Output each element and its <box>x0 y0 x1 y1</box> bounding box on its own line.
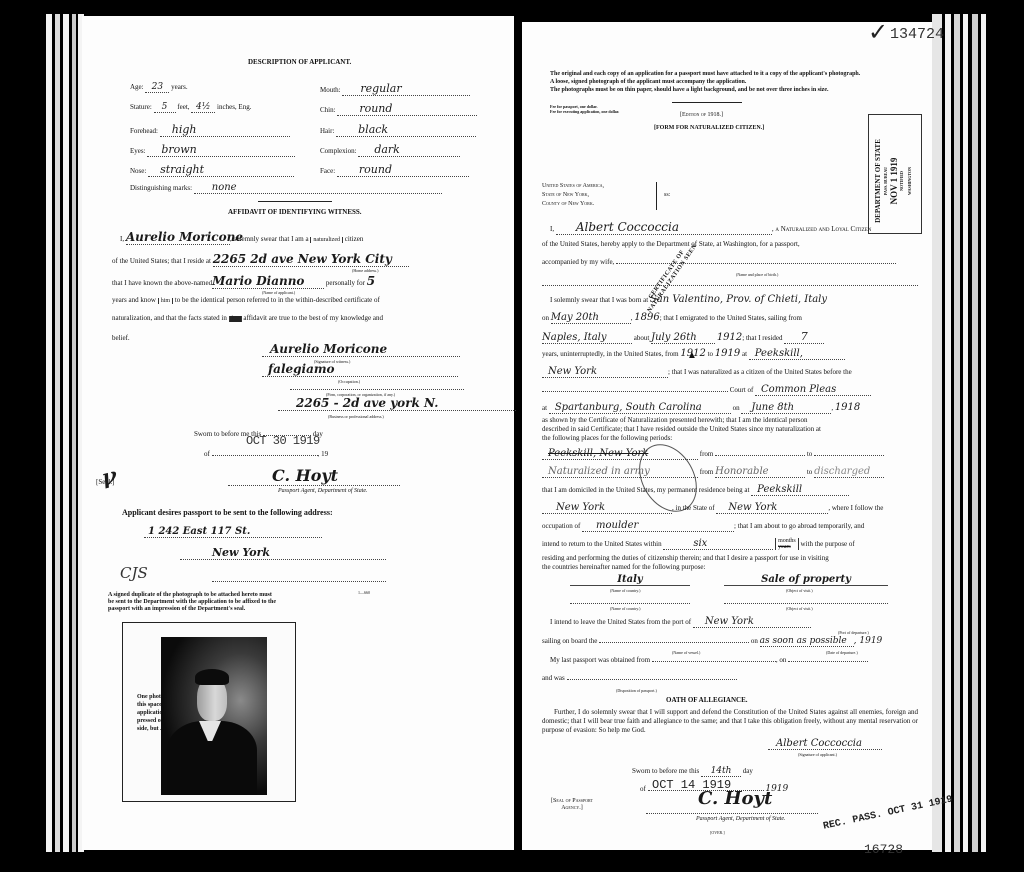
notice-line: A loose, signed photograph of the applic… <box>550 78 860 86</box>
business-address: 2265 - 2d ave york N. <box>278 396 516 411</box>
last-passport-from <box>652 661 776 662</box>
birth-line: I solemnly swear that I was born at San … <box>550 294 827 305</box>
disposition-line: and was <box>542 674 737 682</box>
initials-mark: CJS <box>120 564 148 582</box>
of-label: of <box>204 450 210 458</box>
sailing-text: sailing on board the <box>542 637 597 645</box>
applicant-name: Albert Coccoccia <box>556 220 772 235</box>
mouth-label: Mouth: <box>320 86 341 94</box>
citizen-type: naturalized <box>310 237 343 243</box>
certificate-text: as shown by the Certificate of Naturaliz… <box>542 416 821 443</box>
return-period: six <box>663 538 773 550</box>
citizenship-text: residing and performing the duties of ci… <box>542 554 829 572</box>
witness-name: Aurelio Moricone <box>126 230 230 245</box>
venue-ss: ss: <box>664 192 670 198</box>
agency-seal-label: [Seal of Passport Agency.] <box>542 798 602 812</box>
outside-place: Peekskill, New York <box>542 448 698 460</box>
firm-line <box>290 388 464 390</box>
resided-text: ; that I resided <box>742 334 782 342</box>
to-year: 1919 <box>715 348 740 359</box>
pronoun-struck: his <box>229 316 242 322</box>
outside-place: Naturalized in army <box>542 466 698 478</box>
residence: Peekskill, <box>749 348 845 360</box>
emigration-year: 1912 <box>717 332 742 343</box>
cert-line: described in said Certificate; that I ha… <box>542 425 821 434</box>
domicile-residence: Peekskill <box>751 484 849 496</box>
sailed-from: Naples, Italy <box>542 332 632 344</box>
agent-caption: Passport Agent, Department of State. <box>696 816 786 822</box>
venue: United States of America, State of New Y… <box>542 182 604 209</box>
forehead-label: Forehead: <box>130 127 158 135</box>
received-stamp: DEPARTMENT OF STATE PASS. BUREAU NOV 1 1… <box>868 114 922 234</box>
know-text: years and know <box>112 296 156 304</box>
state-label: , in the State of <box>672 504 715 512</box>
reside-text: of the United States; that I reside at <box>112 257 211 265</box>
applicant-caption: (Name of applicant.) <box>262 290 295 295</box>
outside-period-row: Naturalized in army from Honorable to di… <box>542 466 884 478</box>
years-text: years, uninterruptedly, in the United St… <box>542 350 679 358</box>
birth-date: May 20th <box>551 312 631 324</box>
affidavit-line-1: I, Aurelio Moricone, solemnly swear that… <box>120 230 363 245</box>
face-field: Face: round <box>320 163 469 177</box>
i-label: I, <box>550 225 554 233</box>
chin-field: Chin: round <box>320 102 477 116</box>
residence-2: New York <box>542 366 668 378</box>
nose-field: Nose: straight <box>130 163 294 177</box>
pronoun: him <box>158 298 173 304</box>
vessel-name <box>599 642 749 643</box>
court-name: Common Pleas <box>755 384 871 396</box>
i-label: I, <box>120 235 124 243</box>
affidavit-heading: AFFIDAVIT OF IDENTIFYING WITNESS. <box>228 208 362 216</box>
stamp-washington: WASHINGTON <box>906 126 914 236</box>
follow-text: , where I follow the <box>828 504 883 512</box>
on-label: on <box>751 637 758 645</box>
mailing-line-2: New York <box>180 546 386 560</box>
mailing-line-3 <box>212 580 386 582</box>
court-at-label: at <box>542 404 547 412</box>
return-line: intend to return to the United States wi… <box>542 538 855 550</box>
forehead-value: high <box>160 123 290 137</box>
agent-caption: Passport Agent, Department of State. <box>278 488 368 494</box>
occupation-label: occupation of <box>542 522 580 530</box>
venue-brace <box>656 182 657 210</box>
bottom-number: 16728 <box>864 842 903 857</box>
inches-label: inches, Eng. <box>217 103 251 111</box>
chin-label: Chin: <box>320 106 336 114</box>
venue-line: State of New York, <box>542 191 604 200</box>
port-caption: (Port of departure.) <box>838 630 869 635</box>
applicant-signature-caption: (Signature of applicant.) <box>798 752 837 757</box>
nat-date: June 8th <box>741 402 831 414</box>
cert-line: as shown by the Certificate of Naturaliz… <box>542 416 821 425</box>
departure-port: New York <box>693 616 811 628</box>
citizen-label: citizen <box>345 235 364 243</box>
witness-address: 2265 2d ave New York City <box>213 252 409 267</box>
travel-object-2 <box>724 602 888 604</box>
over-label: [OVER.] <box>710 830 725 835</box>
last-passport-line: My last passport was obtained from , on <box>550 656 868 664</box>
agent-line <box>646 812 818 814</box>
emigration-date: July 26th <box>651 332 715 344</box>
home-address-caption: (Home address.) <box>352 268 378 273</box>
to-label: to <box>807 468 812 476</box>
wife-field <box>616 263 896 264</box>
personally-text: personally for <box>326 279 365 287</box>
occupation-value: moulder <box>582 520 734 532</box>
departure-date: as soon as possible <box>760 636 854 647</box>
marks-value: none <box>194 182 442 194</box>
court-label: Court of <box>730 386 754 394</box>
disposition-caption: (Disposition of passport.) <box>616 688 657 693</box>
complexion-field: Complexion: dark <box>320 143 460 157</box>
allegiance-text: Further, I do solemnly swear that I will… <box>542 708 918 735</box>
occupation-line: occupation of moulder; that I am about t… <box>542 520 864 532</box>
day-label: day <box>743 767 753 775</box>
oath-line-1: I, Albert Coccoccia, a Naturalized and L… <box>550 220 871 235</box>
affidavit-true-text: affidavit are true to the best of my kno… <box>243 314 383 322</box>
departure-year: , 1919 <box>854 636 883 646</box>
eyes-value: brown <box>147 143 295 157</box>
facts-text: naturalization, and that the facts state… <box>112 314 227 322</box>
outside-to <box>814 455 884 456</box>
at-label: at <box>742 350 747 358</box>
disposition-blank <box>567 679 737 680</box>
sworn-of-line: of , 19 <box>204 450 328 458</box>
eyes-field: Eyes: brown <box>130 143 295 157</box>
marks-label: Distinguishing marks: <box>130 184 192 192</box>
about-label: about <box>634 334 650 342</box>
mouth-value: regular <box>342 82 470 96</box>
wife-caption: (Name and place of birth.) <box>736 272 778 277</box>
born-text: I solemnly swear that I was born at <box>550 296 648 304</box>
return-text: intend to return to the United States wi… <box>542 540 662 548</box>
outside-period-row: Peekskill, New York from to <box>542 448 884 460</box>
left-page: DESCRIPTION OF APPLICANT. Age: 23 years.… <box>82 16 514 850</box>
photo-frame: One photograph ... pasted in this space … <box>122 622 296 802</box>
arrow-up-icon: ▲ <box>687 350 697 361</box>
domicile-text: that I am domiciled in the United States… <box>542 486 749 494</box>
stamp-dept: DEPARTMENT OF STATE <box>874 126 882 236</box>
divider <box>258 201 332 202</box>
of-label: of <box>640 785 646 793</box>
identical-text: to be the identical person referred to i… <box>175 296 380 304</box>
photo-note: A signed duplicate of the photograph to … <box>108 592 276 613</box>
years-resided: 7 <box>784 330 824 344</box>
forehead-field: Forehead: high <box>130 123 290 137</box>
face-value: round <box>337 163 469 177</box>
outside-to: discharged <box>814 466 884 478</box>
age-field: Age: 23 years. <box>130 82 188 93</box>
travel-object: Sale of property <box>724 574 888 586</box>
reside-line: residing and performing the duties of ci… <box>542 554 829 563</box>
month-blank <box>212 455 318 456</box>
mailing-line-1: 1 242 East 117 St. <box>144 526 322 538</box>
wife-line-2 <box>542 284 918 286</box>
sworn-day: 14th <box>701 766 741 777</box>
venue-line: County of New York. <box>542 200 604 209</box>
cert-line: the following places for the following p… <box>542 434 821 443</box>
court-on-label: on <box>733 404 740 412</box>
age-value: 23 <box>145 82 169 93</box>
witness-signature: Aurelio Moricone <box>262 342 460 357</box>
purpose-text: with the purpose of <box>801 540 855 548</box>
eyes-label: Eyes: <box>130 147 146 155</box>
feet-label: feet, <box>177 103 189 111</box>
hair-field: Hair: black <box>320 123 476 137</box>
court-place-line: at Spartanburg, South Carolina on June 8… <box>542 402 860 414</box>
from-label: from <box>700 468 714 476</box>
hair-label: Hair: <box>320 127 334 135</box>
domicile-state: New York <box>716 502 828 514</box>
court-place: Spartanburg, South Carolina <box>549 402 731 414</box>
face-label: Face: <box>320 167 335 175</box>
allegiance-heading: OATH OF ALLEGIANCE. <box>666 696 747 704</box>
nat-year: 1918 <box>835 402 860 413</box>
witness-occupation: falegiamo <box>262 362 458 377</box>
allegiance-sworn-line: Sworn to before me this 14th day <box>632 766 753 777</box>
right-page: ✓ 134724 The original and each copy of a… <box>522 22 932 850</box>
date-stamp: OCT 30 1919 <box>246 434 320 448</box>
vessel-line: sailing on board the on as soon as possi… <box>542 636 882 647</box>
domicile-city: New York <box>542 502 672 514</box>
stature-field: Stature: 5 feet, 4½ inches, Eng. <box>130 102 251 113</box>
naturalized-line: New York; that I was naturalized as a ci… <box>542 366 852 378</box>
sworn-text: Sworn to before me this <box>632 767 699 775</box>
form-title: [FORM FOR NATURALIZED CITIZEN.] <box>654 125 764 131</box>
received-stamp-text: DEPARTMENT OF STATE PASS. BUREAU NOV 1 1… <box>874 126 914 236</box>
stamp-notified: NOTIFIED <box>898 126 906 236</box>
notice-line: The original and each copy of an applica… <box>550 70 860 78</box>
book-gutter <box>514 14 522 854</box>
stature-label: Stature: <box>130 103 152 111</box>
right-page-edges <box>932 14 1002 852</box>
outside-from: Honorable <box>715 466 805 478</box>
domicile-line: that I am domiciled in the United States… <box>542 484 849 496</box>
state-line: New York, in the State of New York, wher… <box>542 502 883 514</box>
left-page-edges <box>44 14 84 852</box>
fees: Fee for passport, one dollar. Fee for ex… <box>550 104 619 114</box>
age-label: Age: <box>130 83 144 91</box>
applicant-photo <box>161 637 267 795</box>
stamp-date: NOV 1 1919 <box>890 126 898 236</box>
chin-value: round <box>337 102 477 116</box>
from-label: from <box>700 450 714 458</box>
check-mark: ✓ <box>868 18 888 47</box>
occupation-caption: (Occupation.) <box>338 379 360 384</box>
date-caption: (Date of departure.) <box>826 650 858 655</box>
wife-label: accompanied by my wife, <box>542 258 614 266</box>
business-caption: (Business or professional address.) <box>328 414 384 419</box>
known-text: that I have known the above-named <box>112 279 212 287</box>
notice-divider <box>672 102 742 103</box>
years-known: 5 <box>367 274 375 288</box>
oath-line-2: of the United States, hereby apply to th… <box>542 240 800 248</box>
to-label: to <box>708 350 713 358</box>
stature-inches: 4½ <box>191 102 215 113</box>
marks-field: Distinguishing marks: none <box>130 182 442 194</box>
object-caption: (Object of visit.) <box>786 606 813 611</box>
mouth-field: Mouth: regular <box>320 82 470 96</box>
serial-number: 134724 <box>890 26 944 43</box>
venue-line: United States of America, <box>542 182 604 191</box>
belief-text: belief. <box>112 334 130 342</box>
last-passport-text: My last passport was obtained from <box>550 656 650 664</box>
agent-line <box>228 484 400 486</box>
birthplace: San Valentino, Prov. of Chieti, Italy <box>650 294 827 305</box>
and-was-label: and was <box>542 674 565 682</box>
form-code: 1—660 <box>358 590 370 595</box>
unit-years: years <box>778 544 796 550</box>
complexion-label: Complexion: <box>320 147 357 155</box>
mailing-heading: Applicant desires passport to be sent to… <box>122 508 333 517</box>
last-on-label: , on <box>776 656 787 664</box>
country-caption: (Name of country.) <box>610 588 641 593</box>
stature-feet: 5 <box>154 102 176 113</box>
affidavit-line-4: years and know him to be the identical p… <box>112 296 380 304</box>
applicant-signature: Albert Coccoccia <box>768 738 882 750</box>
emigrated-text: ; that I emigrated to the United States,… <box>660 314 802 322</box>
fee-line: Fee for executing application, one dolla… <box>550 109 619 114</box>
agent-signature: C. Hoyt <box>272 466 338 485</box>
court-blank <box>542 391 728 392</box>
nose-value: straight <box>148 163 294 177</box>
abroad-text: ; that I am about to go abroad temporari… <box>734 522 864 530</box>
last-passport-date <box>788 661 868 662</box>
notice-line: The photographs must be on thin paper, s… <box>550 86 860 94</box>
photo-notice: The original and each copy of an applica… <box>550 70 860 94</box>
naturalized-text: ; that I was naturalized as a citizen of… <box>668 368 852 376</box>
vessel-caption: (Name of vessel.) <box>672 650 700 655</box>
affidavit-line-5: naturalization, and that the facts state… <box>112 314 383 322</box>
applicant-name: Mario Dianno <box>212 274 324 289</box>
object-caption: (Object of visit.) <box>786 588 813 593</box>
complexion-value: dark <box>358 143 460 157</box>
travel-country-2 <box>570 602 690 604</box>
hair-value: black <box>336 123 476 137</box>
departure-port-line: I intend to leave the United States from… <box>550 616 811 628</box>
age-suffix: years. <box>171 83 188 91</box>
oath-line-3: accompanied by my wife, <box>542 258 896 266</box>
to-label: to <box>807 450 812 458</box>
travel-country: Italy <box>570 574 690 586</box>
agent-signature: C. Hoyt <box>698 788 772 809</box>
swear-text: , solemnly swear that I am a <box>230 235 309 243</box>
nose-label: Nose: <box>130 167 146 175</box>
description-heading: DESCRIPTION OF APPLICANT. <box>248 58 351 66</box>
birth-date-line: on May 20th, 1896; that I emigrated to t… <box>542 312 802 324</box>
port-text: I intend to leave the United States from… <box>550 618 691 626</box>
affidavit-line-2: of the United States; that I reside at 2… <box>112 252 409 267</box>
edition: [Edition of 1918.] <box>680 112 723 118</box>
affidavit-line-3: that I have known the above-namedMario D… <box>112 274 375 289</box>
emigration-line: Naples, Italy about July 26th 1912; that… <box>542 330 824 344</box>
loyal-citizen-text: , a Naturalized and Loyal Citizen <box>772 225 872 233</box>
period-unit: months years <box>775 538 799 550</box>
on-label: on <box>542 314 549 322</box>
outside-from <box>715 455 805 456</box>
year-label: , 19 <box>318 450 329 458</box>
country-caption: (Name of country.) <box>610 606 641 611</box>
photo-hair <box>195 669 229 685</box>
court-line: Court of Common Pleas <box>542 384 871 396</box>
countries-line: the countries hereinafter named for the … <box>542 563 829 572</box>
